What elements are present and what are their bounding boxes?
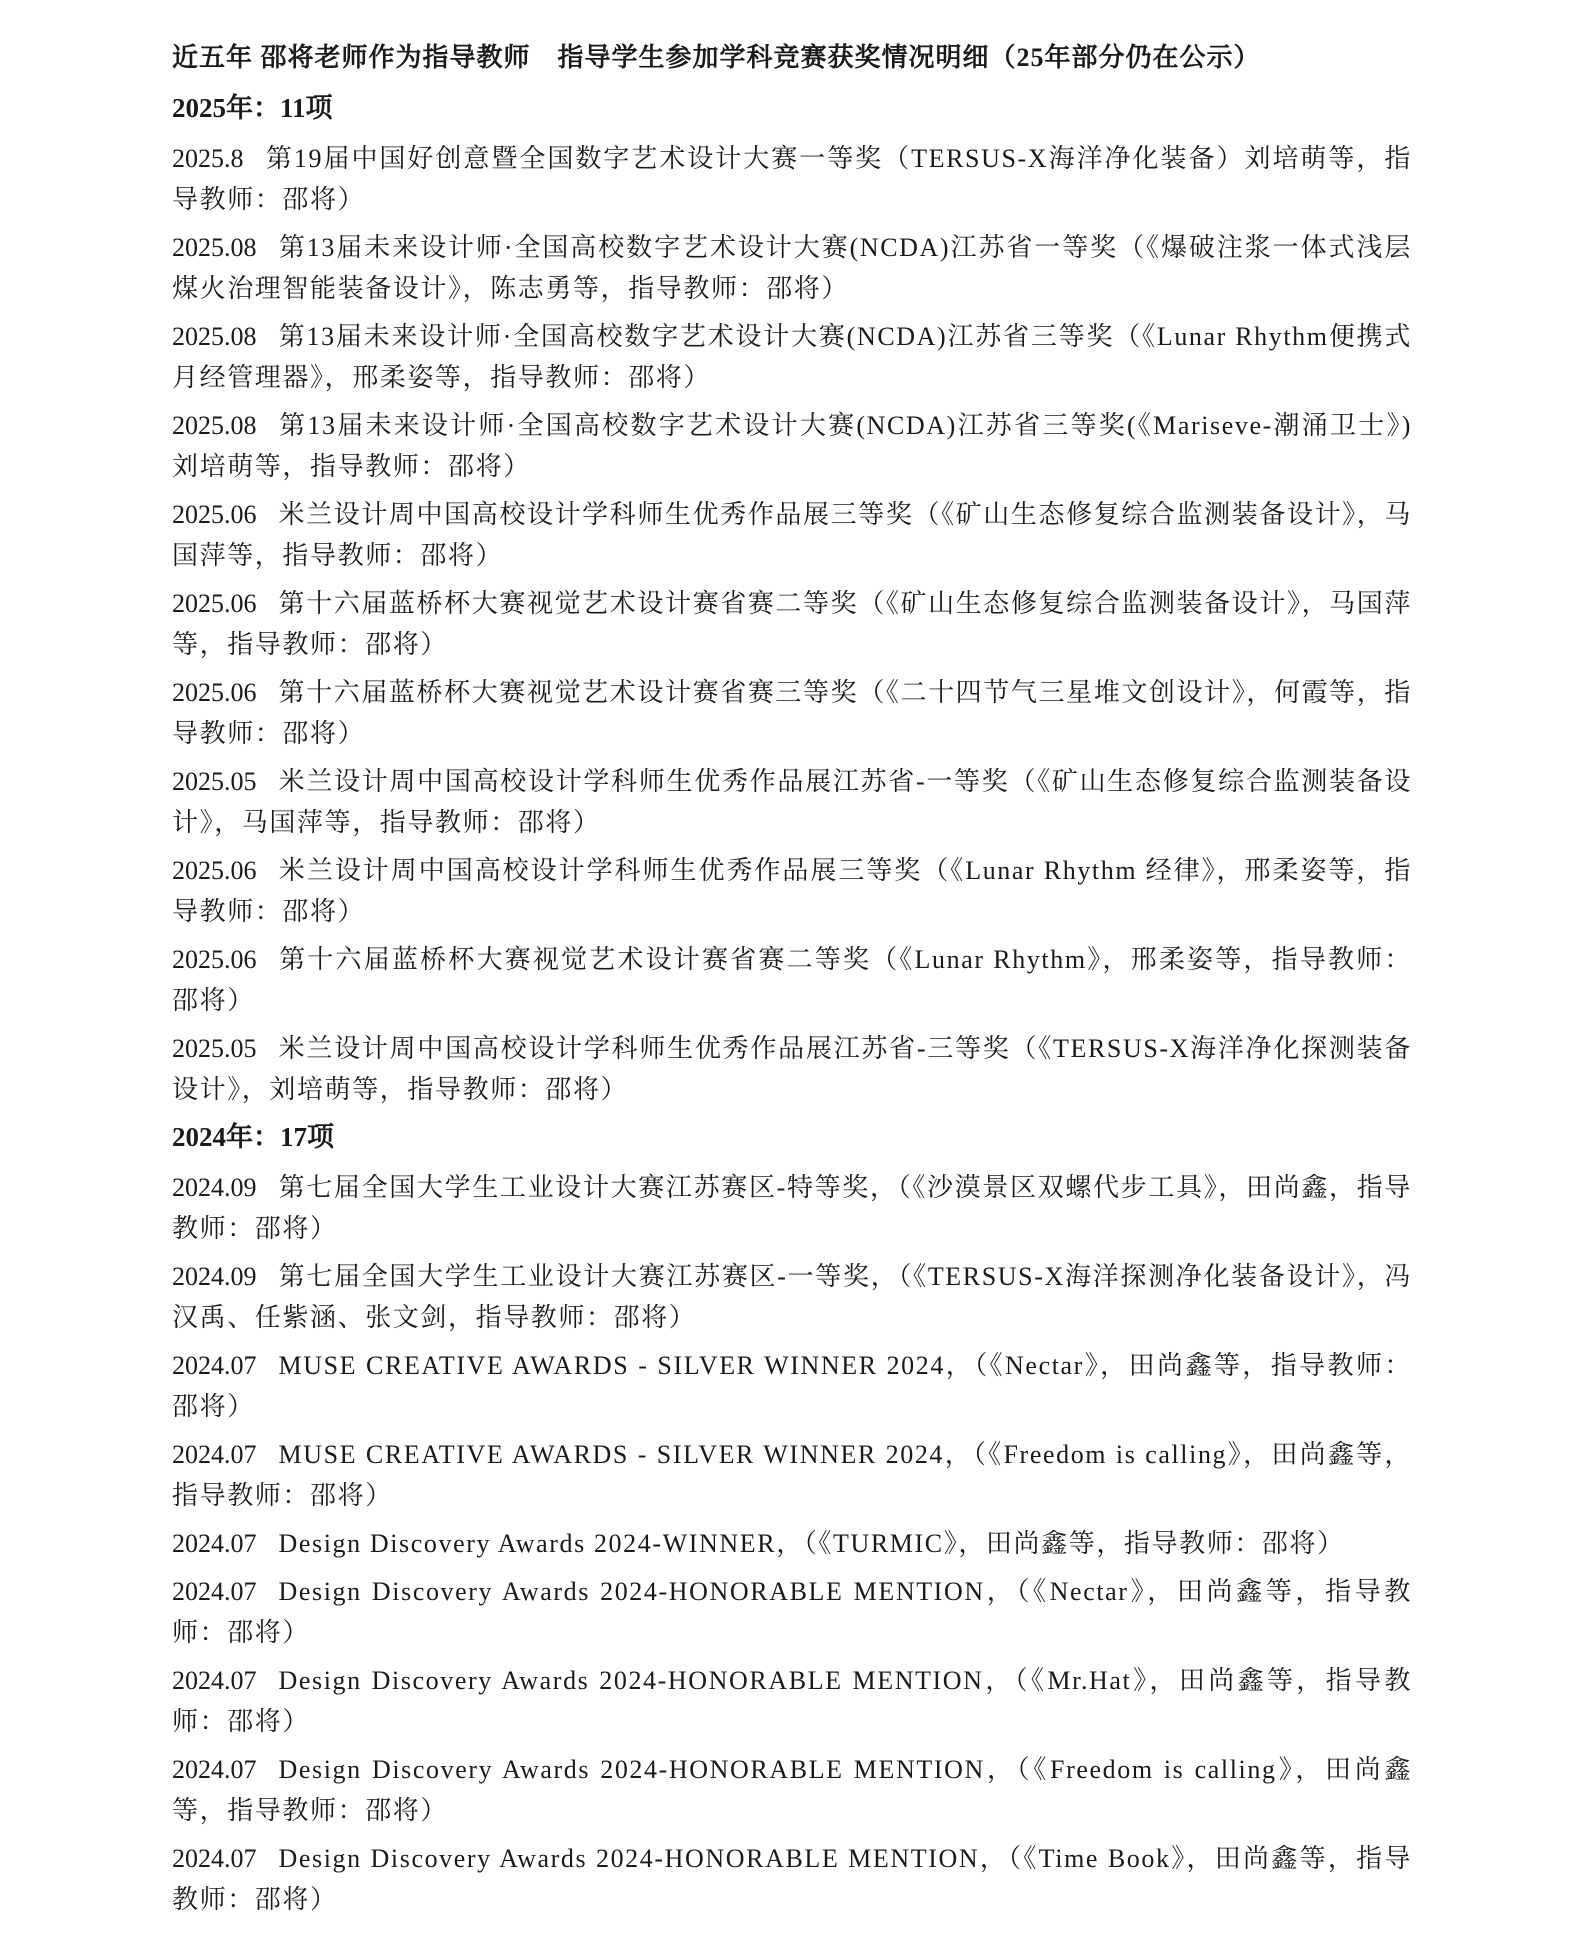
award-entry: 2024.07Design Discovery Awards 2024-HONO…	[172, 1660, 1412, 1742]
award-date: 2025.06	[172, 678, 257, 707]
award-date: 2024.07	[172, 1577, 257, 1606]
award-entry: 2024.07Design Discovery Awards 2024-HONO…	[172, 1749, 1412, 1831]
award-date: 2025.08	[172, 322, 257, 351]
award-date: 2025.06	[172, 945, 257, 974]
award-entry: 2025.06第十六届蓝桥杯大赛视觉艺术设计赛省赛二等奖（《Lunar Rhyt…	[172, 939, 1412, 1021]
award-date: 2024.07	[172, 1755, 257, 1784]
award-entry: 2025.05米兰设计周中国高校设计学科师生优秀作品展江苏省-一等奖（《矿山生态…	[172, 761, 1412, 843]
award-entry: 2025.05米兰设计周中国高校设计学科师生优秀作品展江苏省-三等奖（《TERS…	[172, 1028, 1412, 1110]
award-text: Design Discovery Awards 2024-HONORABLE M…	[172, 1755, 1412, 1825]
award-text: 第19届中国好创意暨全国数字艺术设计大赛一等奖（TERSUS-X海洋净化装备）刘…	[172, 144, 1412, 214]
award-entry: 2025.06第十六届蓝桥杯大赛视觉艺术设计赛省赛二等奖（《矿山生态修复综合监测…	[172, 583, 1412, 665]
document-page: 近五年 邵将老师作为指导教师 指导学生参加学科竞赛获奖情况明细（25年部分仍在公…	[172, 38, 1412, 1927]
award-date: 2025.05	[172, 1034, 257, 1063]
award-date: 2025.8	[172, 144, 244, 173]
award-text: 第七届全国大学生工业设计大赛江苏赛区-一等奖，（《TERSUS-X海洋探测净化装…	[172, 1262, 1412, 1332]
award-text: 第十六届蓝桥杯大赛视觉艺术设计赛省赛二等奖（《Lunar Rhythm》，邢柔姿…	[172, 945, 1412, 1015]
award-text: 第十六届蓝桥杯大赛视觉艺术设计赛省赛三等奖（《二十四节气三星堆文创设计》，何霞等…	[172, 678, 1412, 748]
award-date: 2024.07	[172, 1351, 257, 1380]
award-text: 米兰设计周中国高校设计学科师生优秀作品展三等奖（《Lunar Rhythm 经律…	[172, 856, 1412, 926]
section-2025: 2025年：11项 2025.8第19届中国好创意暨全国数字艺术设计大赛一等奖（…	[172, 88, 1412, 1110]
award-entry: 2024.09第七届全国大学生工业设计大赛江苏赛区-特等奖，（《沙漠景区双螺代步…	[172, 1167, 1412, 1249]
award-entry: 2025.8第19届中国好创意暨全国数字艺术设计大赛一等奖（TERSUS-X海洋…	[172, 138, 1412, 220]
section-heading: 2024年：17项	[172, 1117, 1412, 1157]
award-text: 第十六届蓝桥杯大赛视觉艺术设计赛省赛二等奖（《矿山生态修复综合监测装备设计》，马…	[172, 589, 1412, 659]
award-entry: 2024.07MUSE CREATIVE AWARDS - SILVER WIN…	[172, 1434, 1412, 1516]
award-entry: 2024.07MUSE CREATIVE AWARDS - SILVER WIN…	[172, 1345, 1412, 1427]
award-text: 第七届全国大学生工业设计大赛江苏赛区-特等奖，（《沙漠景区双螺代步工具》，田尚鑫…	[172, 1173, 1412, 1243]
award-text: MUSE CREATIVE AWARDS - SILVER WINNER 202…	[172, 1440, 1412, 1510]
award-date: 2025.05	[172, 767, 257, 796]
award-text: 米兰设计周中国高校设计学科师生优秀作品展江苏省-一等奖（《矿山生态修复综合监测装…	[172, 767, 1412, 837]
award-date: 2025.06	[172, 856, 257, 885]
award-text: 第13届未来设计师·全国高校数字艺术设计大赛(NCDA)江苏省一等奖（《爆破注浆…	[172, 233, 1412, 303]
award-text: Design Discovery Awards 2024-WINNER，（《TU…	[279, 1529, 1345, 1558]
award-text: 第13届未来设计师·全国高校数字艺术设计大赛(NCDA)江苏省三等奖(《Mari…	[172, 411, 1412, 481]
award-text: Design Discovery Awards 2024-HONORABLE M…	[172, 1844, 1412, 1914]
award-date: 2024.09	[172, 1262, 257, 1291]
award-entry: 2025.06米兰设计周中国高校设计学科师生优秀作品展三等奖（《Lunar Rh…	[172, 850, 1412, 932]
section-2024: 2024年：17项 2024.09第七届全国大学生工业设计大赛江苏赛区-特等奖，…	[172, 1117, 1412, 1920]
award-date: 2024.09	[172, 1173, 257, 1202]
award-entry: 2025.08第13届未来设计师·全国高校数字艺术设计大赛(NCDA)江苏省一等…	[172, 227, 1412, 309]
award-text: 米兰设计周中国高校设计学科师生优秀作品展三等奖（《矿山生态修复综合监测装备设计》…	[172, 500, 1412, 570]
award-date: 2024.07	[172, 1529, 257, 1558]
award-entry: 2024.09第七届全国大学生工业设计大赛江苏赛区-一等奖，（《TERSUS-X…	[172, 1256, 1412, 1338]
award-date: 2024.07	[172, 1440, 257, 1469]
award-text: Design Discovery Awards 2024-HONORABLE M…	[172, 1577, 1412, 1647]
award-entry: 2025.08第13届未来设计师·全国高校数字艺术设计大赛(NCDA)江苏省三等…	[172, 405, 1412, 487]
award-entry: 2025.08第13届未来设计师·全国高校数字艺术设计大赛(NCDA)江苏省三等…	[172, 316, 1412, 398]
award-text: Design Discovery Awards 2024-HONORABLE M…	[172, 1666, 1412, 1736]
award-date: 2024.07	[172, 1666, 257, 1695]
document-title: 近五年 邵将老师作为指导教师 指导学生参加学科竞赛获奖情况明细（25年部分仍在公…	[172, 38, 1412, 78]
award-date: 2025.06	[172, 589, 257, 618]
award-entry: 2024.07Design Discovery Awards 2024-HONO…	[172, 1571, 1412, 1653]
award-date: 2025.08	[172, 411, 257, 440]
award-entry: 2025.06第十六届蓝桥杯大赛视觉艺术设计赛省赛三等奖（《二十四节气三星堆文创…	[172, 672, 1412, 754]
award-text: 米兰设计周中国高校设计学科师生优秀作品展江苏省-三等奖（《TERSUS-X海洋净…	[172, 1034, 1412, 1104]
section-heading: 2025年：11项	[172, 88, 1412, 128]
award-text: MUSE CREATIVE AWARDS - SILVER WINNER 202…	[172, 1351, 1412, 1421]
award-text: 第13届未来设计师·全国高校数字艺术设计大赛(NCDA)江苏省三等奖（《Luna…	[172, 322, 1412, 392]
award-date: 2025.06	[172, 500, 257, 529]
award-date: 2024.07	[172, 1844, 257, 1873]
award-entry: 2025.06米兰设计周中国高校设计学科师生优秀作品展三等奖（《矿山生态修复综合…	[172, 494, 1412, 576]
award-entry: 2024.07Design Discovery Awards 2024-WINN…	[172, 1523, 1412, 1564]
award-date: 2025.08	[172, 233, 257, 262]
award-entry: 2024.07Design Discovery Awards 2024-HONO…	[172, 1838, 1412, 1920]
